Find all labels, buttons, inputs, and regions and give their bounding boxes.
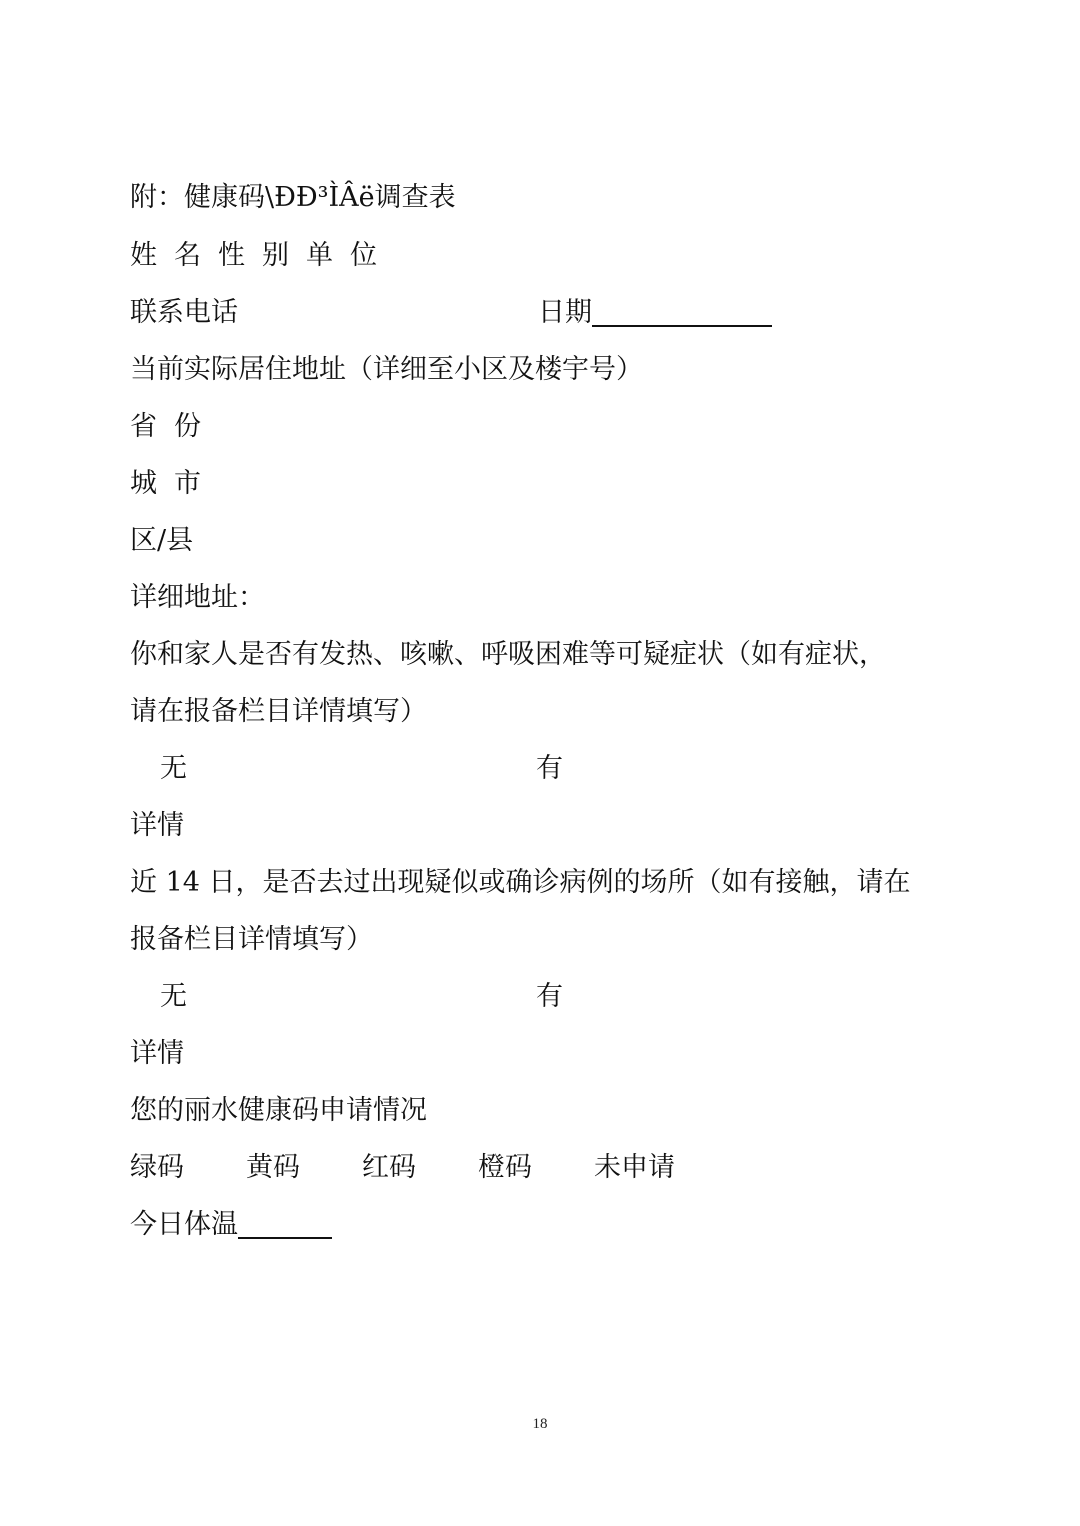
symptom-question-line-2: 请在报备栏目详情填写） (130, 692, 427, 732)
detail-address-label: 详细地址： (130, 578, 265, 618)
date-label: 日期 (538, 297, 592, 328)
name-label-char-2: 名 (174, 236, 218, 276)
city-label-char-2: 市 (174, 464, 218, 504)
gender-label-char-1: 性 (218, 236, 262, 276)
temperature-field: 今日体温 (130, 1205, 332, 1245)
symptom-details-label: 详情 (130, 806, 184, 846)
address-heading: 当前实际居住地址（详细至小区及楼宇号） (130, 350, 643, 390)
form-title: 附：健康码\ÐÐ³ÌÂë调查表 (130, 178, 456, 218)
health-code-label: 您的丽水健康码申请情况 (130, 1091, 427, 1131)
health-code-option-red[interactable]: 红码 (362, 1148, 416, 1188)
unit-label-char-1: 单 (306, 236, 350, 276)
exposure-question-line-2: 报备栏目详情填写） (130, 920, 373, 960)
health-code-option-not-applied[interactable]: 未申请 (594, 1148, 675, 1188)
exposure-details-label: 详情 (130, 1034, 184, 1074)
temperature-label: 今日体温 (130, 1209, 238, 1240)
exposure-option-no[interactable]: 无 (160, 977, 187, 1017)
province-label: 省份 (130, 407, 218, 447)
district-label: 区/县 (130, 521, 193, 561)
phone-label: 联系电话 (130, 293, 238, 333)
document-page: 附：健康码\ÐÐ³ÌÂë调查表 姓名性别单位 联系电话 日期 当前实际居住地址（… (0, 0, 1080, 1526)
name-gender-unit-row: 姓名性别单位 (130, 236, 394, 276)
unit-label-char-2: 位 (350, 236, 394, 276)
symptom-question-line-1: 你和家人是否有发热、咳嗽、呼吸困难等可疑症状（如有症状， (130, 635, 886, 675)
province-label-char-1: 省 (130, 407, 174, 447)
city-label: 城市 (130, 464, 218, 504)
exposure-option-yes[interactable]: 有 (536, 977, 563, 1017)
province-label-char-2: 份 (174, 407, 218, 447)
health-code-option-green[interactable]: 绿码 (130, 1148, 184, 1188)
temperature-input-blank[interactable] (238, 1207, 332, 1239)
date-field: 日期 (538, 293, 772, 333)
city-label-char-1: 城 (130, 464, 174, 504)
gender-label-char-2: 别 (262, 236, 306, 276)
health-code-option-yellow[interactable]: 黄码 (246, 1148, 300, 1188)
exposure-question-line-1: 近 14 日，是否去过出现疑似或确诊病例的场所（如有接触，请在 (130, 863, 911, 903)
date-input-blank[interactable] (592, 295, 772, 327)
symptom-option-yes[interactable]: 有 (536, 749, 563, 789)
symptom-option-no[interactable]: 无 (160, 749, 187, 789)
health-code-option-orange[interactable]: 橙码 (478, 1148, 532, 1188)
page-number: 18 (0, 1416, 1080, 1433)
name-label-char-1: 姓 (130, 236, 174, 276)
